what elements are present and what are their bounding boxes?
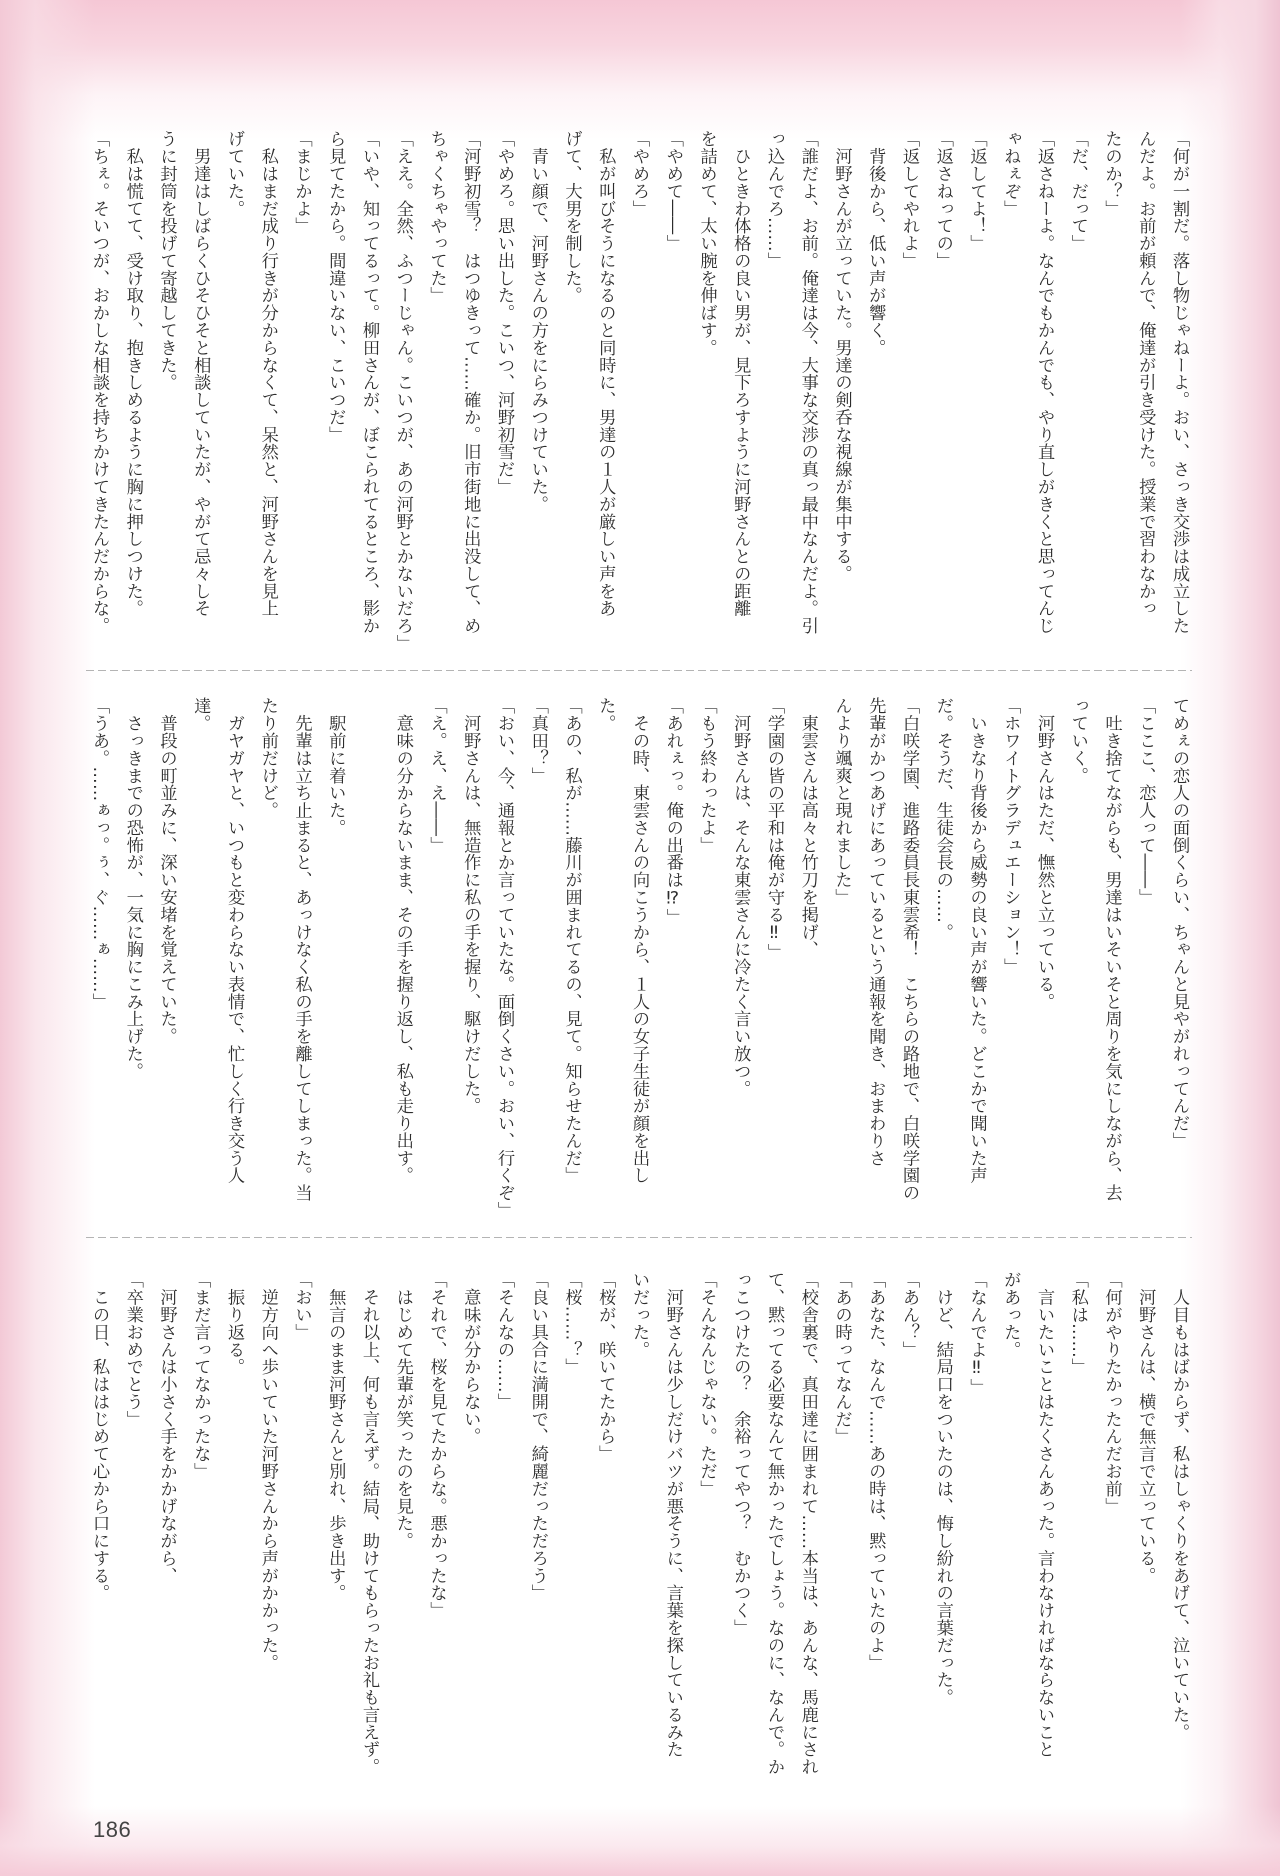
- text-column: この日、私ははじめて心から口にする。: [81, 1271, 115, 1781]
- text-column: いだった。: [621, 1271, 655, 1781]
- text-column: 「あなた、なんで……あの時は、黙っていたのよ」: [858, 1271, 892, 1781]
- text-column: 無言のまま河野さんと別れ、歩き出す。: [318, 1271, 352, 1781]
- text-column: 「それで、桜を見てたからな。悪かったな」: [419, 1271, 453, 1781]
- text-column: 「真田？」: [520, 697, 554, 1207]
- text-column: だ。そうだ、生徒会長の……。: [925, 697, 959, 1207]
- page-border-top: [0, 0, 1280, 140]
- text-column: 東雲さんは高々と竹刀を掲げ、: [790, 697, 824, 1207]
- page-number: 186: [93, 1817, 131, 1843]
- text-column: 「あん？」: [891, 1271, 925, 1781]
- text-column: 「まじかよ」: [284, 130, 318, 640]
- text-column: 逆方向へ歩いていた河野さんから声がかかった。: [250, 1271, 284, 1781]
- text-column: たり前だけど。: [250, 697, 284, 1207]
- text-column: 意味が分からない。: [453, 1271, 487, 1781]
- text-column: 先輩がかつあげにあっているという通報を聞き、おまわりさ: [858, 697, 892, 1207]
- text-column: 「あの、私が……藤川が囲まれてるの、見て。知らせたんだ」: [554, 697, 588, 1207]
- text-column: 「何が一割だ。落し物じゃねーよ。おい、さっき交渉は成立した: [1161, 130, 1195, 640]
- text-column: 「あれぇっ。俺の出番は⁉」: [655, 697, 689, 1207]
- text-column: 「桜……？」: [554, 1271, 588, 1781]
- text-column: 男達はしばらくひそひそと相談していたが、やがて忌々しそ: [183, 130, 217, 640]
- text-column: 「そんなんじゃない。ただ」: [689, 1271, 723, 1781]
- text-column: 「いや、知ってるって。柳田さんが、ぼこられてるところ、影か: [351, 130, 385, 640]
- text-column: 人目もはばからず、私はしゃくりをあげて、泣いていた。: [1161, 1271, 1195, 1781]
- text-column: 「返してよ！」: [959, 130, 993, 640]
- text-column: 振り返る。: [216, 1271, 250, 1781]
- text-column: 駅前に着いた。: [318, 697, 352, 1207]
- text-column: それ以上、何も言えず。結局、助けてもらったお礼も言えず。: [351, 1271, 385, 1781]
- section-divider: [86, 1237, 1192, 1238]
- text-column: 「河野初雪？ はつゆきって……確か。旧市街地に出没して、め: [453, 130, 487, 640]
- text-column: 青い顔で、河野さんの方をにらみつけていた。: [520, 130, 554, 640]
- text-column: んより颯爽と現れました」: [824, 697, 858, 1207]
- text-column: その時、東雲さんの向こうから、１人の女子生徒が顔を出し: [621, 697, 655, 1207]
- text-column: 背後から、低い声が響く。: [858, 130, 892, 640]
- text-column: 「何がやりたかったんだお前」: [1094, 1271, 1128, 1781]
- text-column: げていた。: [216, 130, 250, 640]
- text-column: 「卒業おめでとう」: [115, 1271, 149, 1781]
- text-column: てめぇの恋人の面倒くらい、ちゃんと見やがれってんだ」: [1161, 697, 1195, 1207]
- text-column: 「校舎裏で、真田達に囲まれて……本当は、あんな、馬鹿にされ: [790, 1271, 824, 1781]
- text-column: 私は慌てて、受け取り、抱きしめるように胸に押しつけた。: [115, 130, 149, 640]
- text-column: 「まだ言ってなかったな」: [183, 1271, 217, 1781]
- text-column: て、黙ってる必要なんて無かったでしょう。なのに、なんで。か: [756, 1271, 790, 1781]
- text-column: 「やめて――」: [655, 130, 689, 640]
- text-column: 「白咲学園、進路委員長東雲希！ こちらの路地で、白咲学園の: [891, 697, 925, 1207]
- text-column: うに封筒を投げて寄越してきた。: [149, 130, 183, 640]
- text-column: っこつけたの？ 余裕ってやつ？ むかつく」: [723, 1271, 757, 1781]
- text-column: 「やめろ」: [621, 130, 655, 640]
- text-column: 河野さんはただ、憮然と立っている。: [1026, 697, 1060, 1207]
- text-column: 「なんでよ‼」: [959, 1271, 993, 1781]
- text-column: 河野さんは、そんな東雲さんに冷たく言い放つ。: [723, 697, 757, 1207]
- text-column: んだよ。お前が頼んで、俺達が引き受けた。授業で習わなかっ: [1128, 130, 1162, 640]
- text-column: 「もう終わったよ」: [689, 697, 723, 1207]
- text-column: 「おい」: [284, 1271, 318, 1781]
- text-column: 普段の町並みに、深い安堵を覚えていた。: [149, 697, 183, 1207]
- text-column: があった。: [993, 1271, 1027, 1781]
- text-column: を詰めて、太い腕を伸ばす。: [689, 130, 723, 640]
- text-column: 「そんなの……」: [486, 1271, 520, 1781]
- text-column: っ込んでろ……」: [756, 130, 790, 640]
- text-column: 吐き捨てながらも、男達はいそいそと周りを気にしながら、去: [1094, 697, 1128, 1207]
- text-column: けど、結局口をついたのは、悔し紛れの言葉だった。: [925, 1271, 959, 1781]
- text-column: 私が叫びそうになるのと同時に、男達の１人が厳しい声をあ: [588, 130, 622, 640]
- text-column: 言いたいことはたくさんあった。言わなければならないこと: [1026, 1271, 1060, 1781]
- text-column: 「返さねーよ。なんでもかんでも、やり直しがきくと思ってんじ: [1026, 130, 1060, 640]
- text-block-2: てめぇの恋人の面倒くらい、ちゃんと見やがれってんだ」 「こここ、恋人って――」 …: [81, 697, 1195, 1207]
- text-column: ひときわ体格の良い男が、見下ろすように河野さんとの距離: [723, 130, 757, 640]
- text-column: 河野さんは小さく手をかかげながら、: [149, 1271, 183, 1781]
- text-column: 「おい、今、通報とか言っていたな。面倒くさい。おい、行くぞ」: [486, 697, 520, 1207]
- text-column: 先輩は立ち止まると、あっけなく私の手を離してしまった。当: [284, 697, 318, 1207]
- text-column: 「良い具合に満開で、綺麗だっただろう」: [520, 1271, 554, 1781]
- text-block-3: 人目もはばからず、私はしゃくりをあげて、泣いていた。 河野さんは、横で無言で立っ…: [81, 1271, 1195, 1781]
- text-column: 河野さんは、横で無言で立っている。: [1128, 1271, 1162, 1781]
- text-column: 「こここ、恋人って――」: [1128, 697, 1162, 1207]
- text-column: いきなり背後から威勢の良い声が響いた。どこかで聞いた声: [959, 697, 993, 1207]
- text-column: 意味の分からないまま、その手を握り返し、私も走り出す。: [385, 697, 419, 1207]
- page-border-right: [1180, 0, 1280, 1876]
- text-column: 私はまだ成り行きが分からなくて、呆然と、河野さんを見上: [250, 130, 284, 640]
- text-column: げて、大男を制した。: [554, 130, 588, 640]
- text-column: 「誰だよ、お前。俺達は今、大事な交渉の真っ最中なんだよ。引: [790, 130, 824, 640]
- text-column: たのか？」: [1094, 130, 1128, 640]
- text-column: 「やめろ。思い出した。こいつ、河野初雪だ」: [486, 130, 520, 640]
- page-border-bottom: [0, 1806, 1280, 1876]
- text-column: 「だ、だって」: [1060, 130, 1094, 640]
- text-column: 「私は……」: [1060, 1271, 1094, 1781]
- scene-break-blank-column: [351, 697, 385, 1207]
- text-column: 「あの時ってなんだ」: [824, 1271, 858, 1781]
- text-column: 「返さねっての」: [925, 130, 959, 640]
- text-column: 「ちぇ。そいつが、おかしな相談を持ちかけてきたんだからな。: [81, 130, 115, 640]
- text-column: 河野さんは、無造作に私の手を握り、駆けだした。: [453, 697, 487, 1207]
- text-column: はじめて先輩が笑ったのを見た。: [385, 1271, 419, 1781]
- text-column: ちゃくちゃやってた」: [419, 130, 453, 640]
- text-block-1: 「何が一割だ。落し物じゃねーよ。おい、さっき交渉は成立した んだよ。お前が頼んで…: [81, 130, 1195, 640]
- text-column: っていく。: [1060, 697, 1094, 1207]
- text-column: 「学園の皆の平和は俺が守る‼」: [756, 697, 790, 1207]
- text-column: た。: [588, 697, 622, 1207]
- text-column: 河野さんは少しだけバツが悪そうに、言葉を探しているみた: [655, 1271, 689, 1781]
- text-column: 「返してやれよ」: [891, 130, 925, 640]
- text-column: 河野さんが立っていた。男達の剣呑な視線が集中する。: [824, 130, 858, 640]
- text-column: 「え。え、え――」: [419, 697, 453, 1207]
- text-column: 「桜が、咲いてたから」: [588, 1271, 622, 1781]
- section-divider: [86, 670, 1192, 671]
- text-column: 達。: [183, 697, 217, 1207]
- text-column: ら見てたから。間違いない、こいつだ」: [318, 130, 352, 640]
- text-column: 「うあ。……ぁっ。ぅ、ぐ……ぁ……」: [81, 697, 115, 1207]
- text-column: さっきまでの恐怖が、一気に胸にこみ上げた。: [115, 697, 149, 1207]
- text-column: ゃねぇぞ」: [993, 130, 1027, 640]
- text-column: ガヤガヤと、いつもと変わらない表情で、忙しく行き交う人: [216, 697, 250, 1207]
- text-column: 「ホワイトグラデュエーション！」: [993, 697, 1027, 1207]
- text-column: 「ええ。全然、ふつーじゃん。こいつが、あの河野とかないだろ」: [385, 130, 419, 640]
